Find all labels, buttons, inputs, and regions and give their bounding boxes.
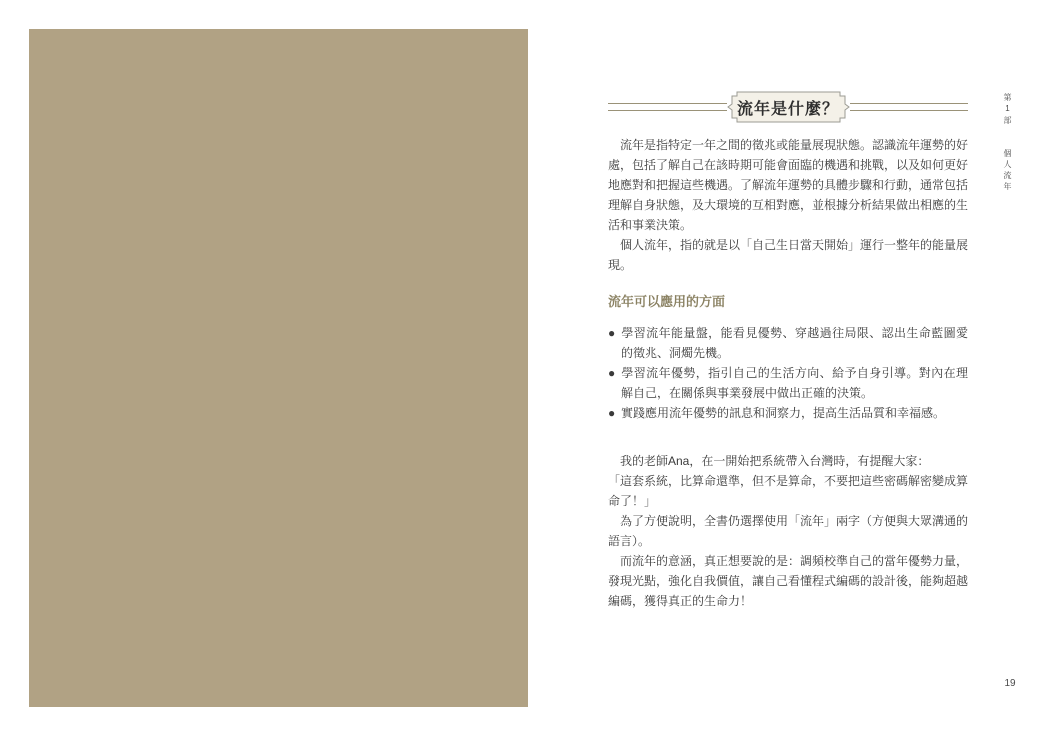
page-body: 流年是指特定一年之間的徵兆或能量展現狀態。認識流年運勢的好處，包括了解自己在該時… xyxy=(608,135,968,611)
body-paragraph: 我的老師Ana，在一開始把系統帶入台灣時，有提醒大家： xyxy=(608,451,968,471)
running-head-part: 第1部 xyxy=(1003,93,1012,127)
chapter-title-row: 流年是什麼？ xyxy=(608,91,968,123)
bullet-icon: ● xyxy=(608,363,621,383)
list-item: ●學習流年優勢，指引自己的生活方向、給予自身引導。對內在理解自己，在關係與事業發… xyxy=(608,363,968,403)
intro-paragraph: 個人流年，指的就是以「自己生日當天開始」運行一整年的能量展現。 xyxy=(608,235,968,275)
list-item-text: 實踐應用流年優勢的訊息和洞察力，提高生活品質和幸福感。 xyxy=(621,406,945,420)
running-head-chapter: 個人流年 xyxy=(1003,149,1012,193)
application-bullet-list: ●學習流年能量盤，能看見優勢、穿越過往局限、認出生命藍圖愛的徵兆、洞燭先機。 ●… xyxy=(608,323,968,423)
left-page-cover xyxy=(29,29,528,707)
list-item-text: 學習流年能量盤，能看見優勢、穿越過往局限、認出生命藍圖愛的徵兆、洞燭先機。 xyxy=(621,326,968,360)
chapter-title: 流年是什麼？ xyxy=(727,91,850,123)
body-paragraph: 而流年的意涵，真正想要說的是：調頻校準自己的當年優勢力量，發現光點，強化自我價值… xyxy=(608,551,968,611)
title-rule-left xyxy=(608,103,727,111)
intro-paragraph: 流年是指特定一年之間的徵兆或能量展現狀態。認識流年運勢的好處，包括了解自己在該時… xyxy=(608,135,968,235)
list-item: ●學習流年能量盤，能看見優勢、穿越過往局限、認出生命藍圖愛的徵兆、洞燭先機。 xyxy=(608,323,968,363)
quote-paragraph: 「這套系統，比算命還準，但不是算命，不要把這些密碼解密變成算命了！」 xyxy=(608,471,968,511)
section-subheading: 流年可以應用的方面 xyxy=(608,292,968,312)
body-paragraph: 為了方便說明，全書仍選擇使用「流年」兩字（方便與大眾溝通的語言）。 xyxy=(608,511,968,551)
list-item-text: 學習流年優勢，指引自己的生活方向、給予自身引導。對內在理解自己，在關係與事業發展… xyxy=(621,366,968,400)
title-rule-right xyxy=(850,103,969,111)
book-spread: 流年是什麼？ 流年是指特定一年之間的徵兆或能量展現狀態。認識流年運勢的好處，包括… xyxy=(0,0,1055,734)
right-page: 流年是什麼？ 流年是指特定一年之間的徵兆或能量展現狀態。認識流年運勢的好處，包括… xyxy=(608,91,968,611)
page-number: 19 xyxy=(1000,678,1020,689)
bullet-icon: ● xyxy=(608,323,621,343)
bullet-icon: ● xyxy=(608,403,621,423)
chapter-title-plaque: 流年是什麼？ xyxy=(727,91,850,123)
list-item: ●實踐應用流年優勢的訊息和洞察力，提高生活品質和幸福感。 xyxy=(608,403,968,423)
running-head-vertical: 第1部 個人流年 xyxy=(1000,93,1014,193)
